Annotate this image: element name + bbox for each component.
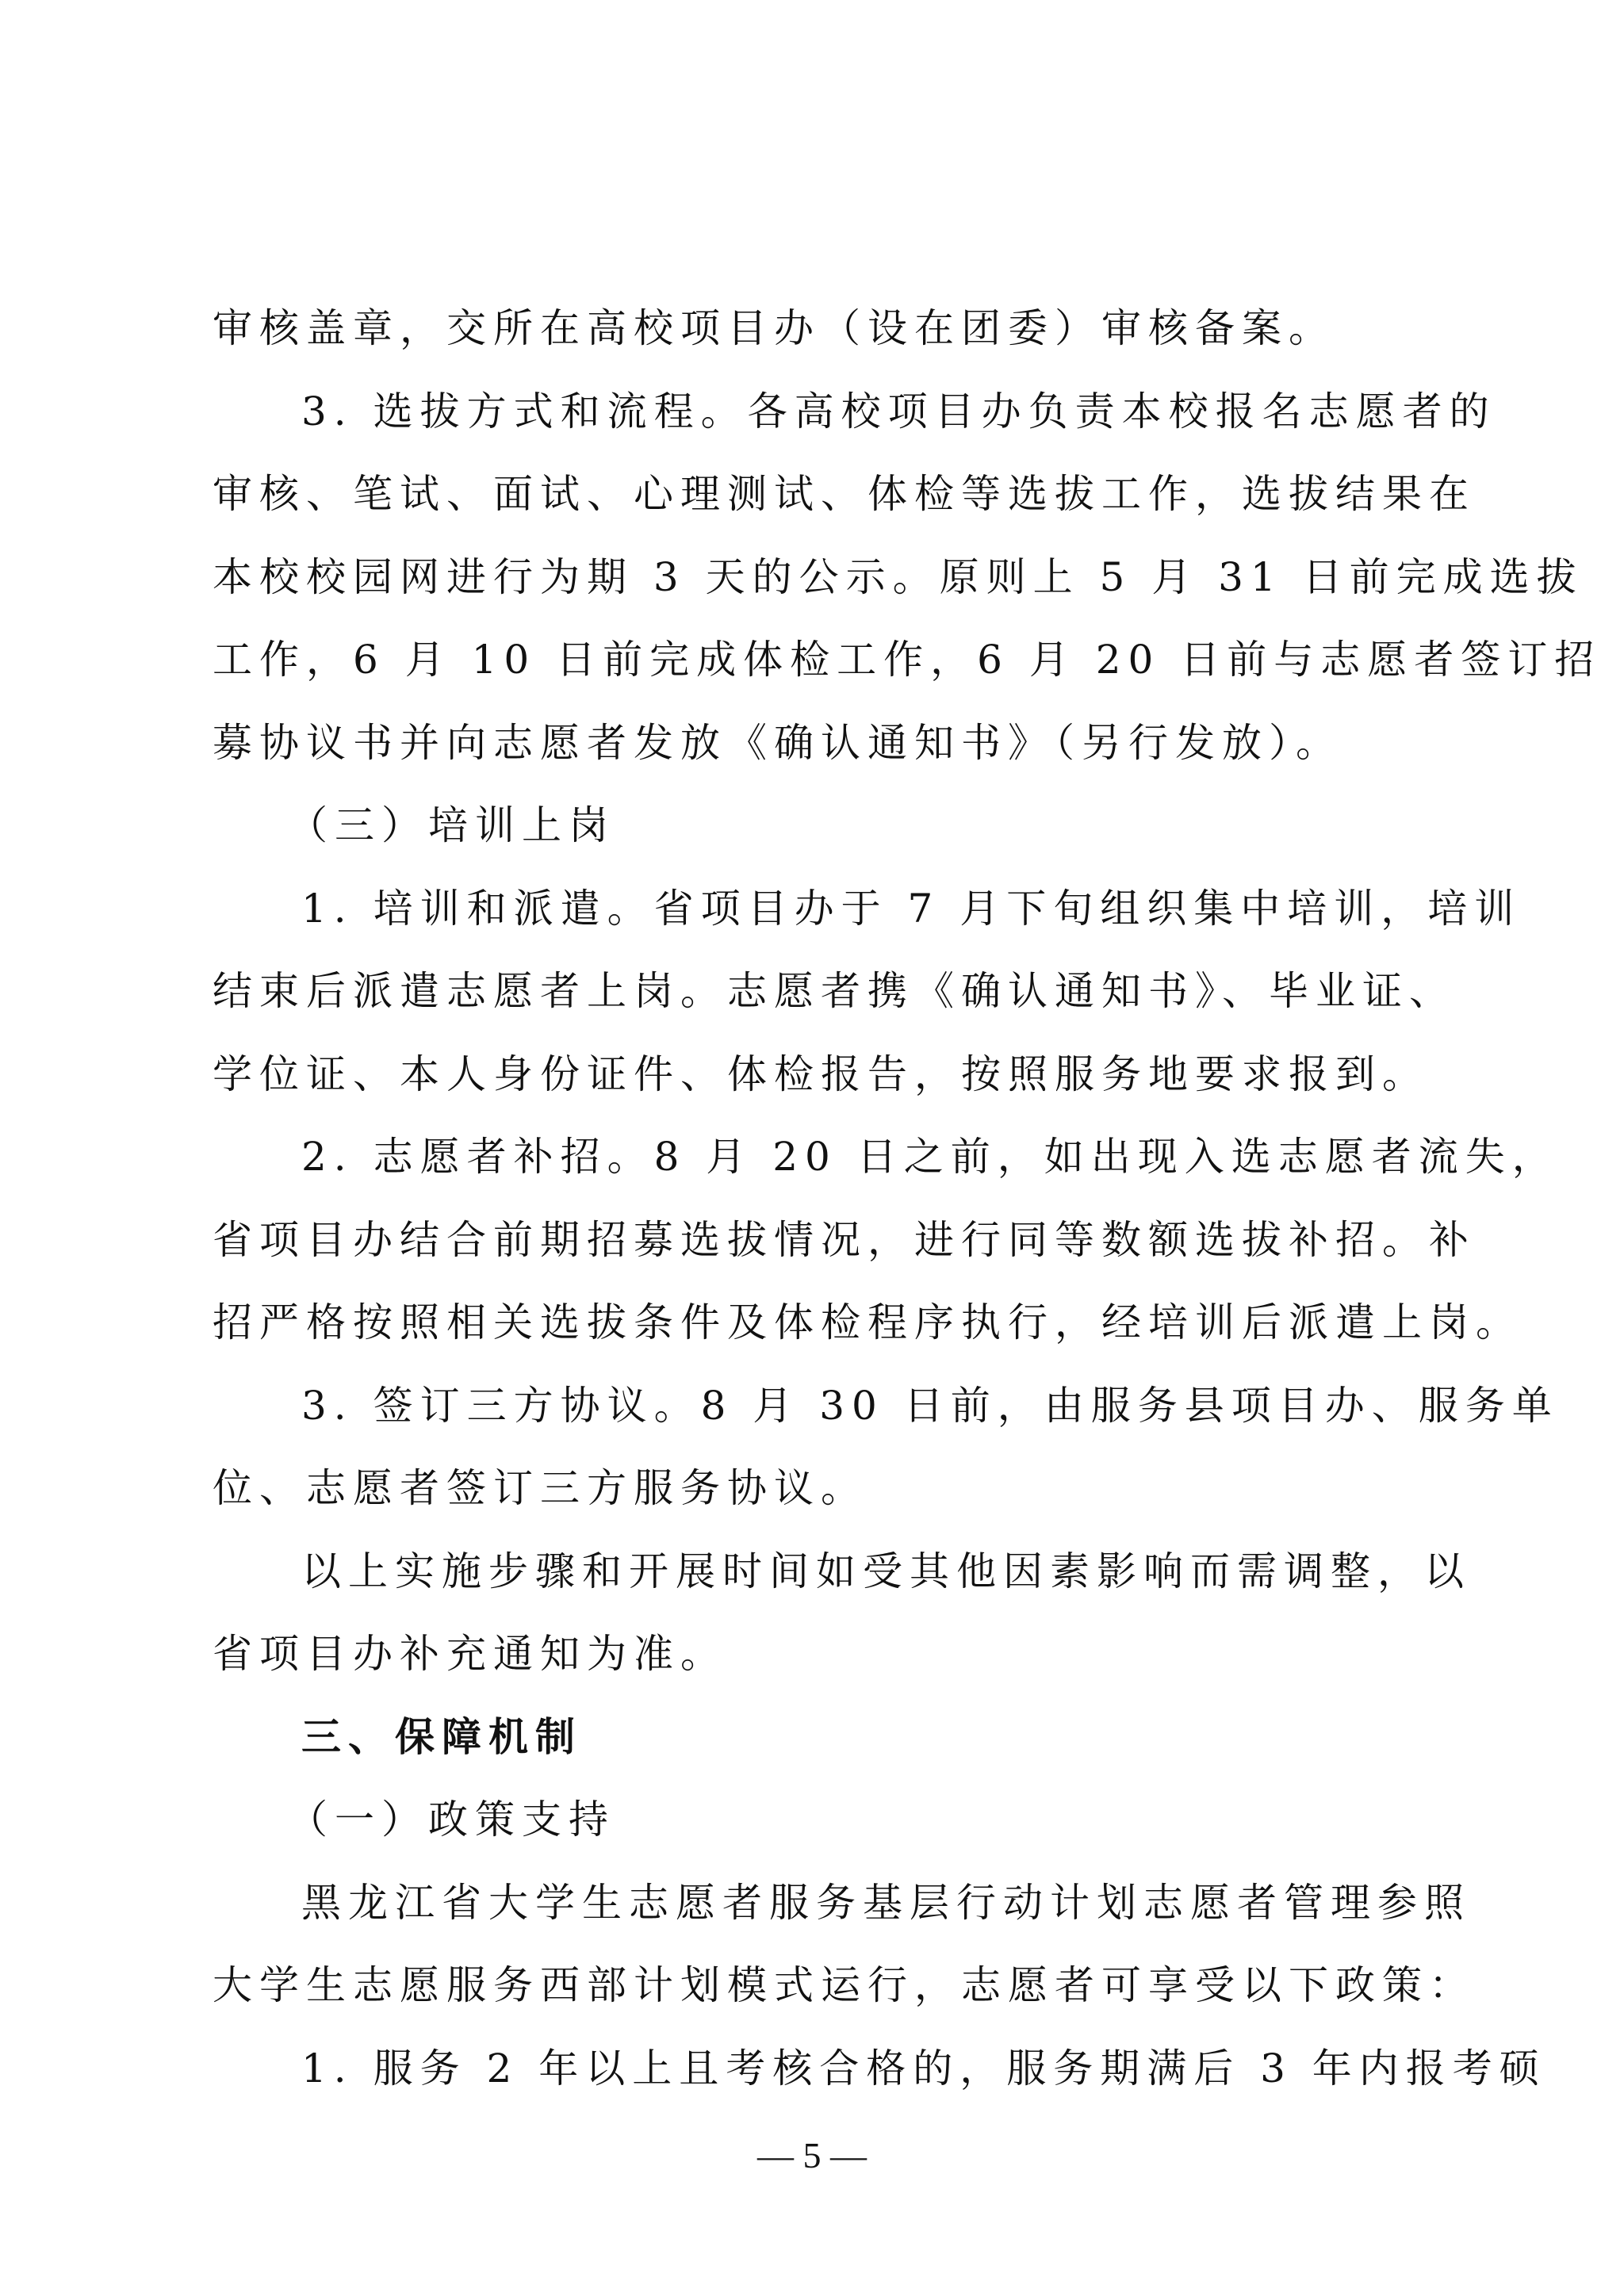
text-line: 1. 服务 2 年以上且考核合格的，服务期满后 3 年内报考硕 [213,2027,1418,2110]
subsection-heading: （一）政策支持 [213,1778,1418,1862]
text-line: 工作，6 月 10 日前完成体检工作，6 月 20 日前与志愿者签订招 [213,618,1418,702]
section-heading: 三、保障机制 [213,1696,1418,1779]
text-line: 位、志愿者签订三方服务协议。 [213,1447,1418,1530]
text-line: 黑龙江省大学生志愿者服务基层行动计划志愿者管理参照 [213,1862,1418,1945]
text-line: 2. 志愿者补招。8 月 20 日之前，如出现入选志愿者流失， [213,1115,1418,1199]
text-line: 3. 选拔方式和流程。各高校项目办负责本校报名志愿者的 [213,370,1418,453]
text-line: 大学生志愿服务西部计划模式运行，志愿者可享受以下政策： [213,1944,1418,2027]
text-line: 审核盖章，交所在高校项目办（设在团委）审核备案。 [213,287,1418,370]
text-line: 审核、笔试、面试、心理测试、体检等选拔工作，选拔结果在 [213,453,1418,536]
text-line: 本校校园网进行为期 3 天的公示。原则上 5 月 31 日前完成选拔 [213,536,1418,619]
text-line: 以上实施步骤和开展时间如受其他因素影响而需调整，以 [213,1530,1418,1613]
text-line: 结束后派遣志愿者上岗。志愿者携《确认通知书》、毕业证、 [213,950,1418,1033]
subsection-heading: （三）培训上岗 [213,784,1418,867]
text-line: 省项目办补充通知为准。 [213,1613,1418,1696]
text-line: 省项目办结合前期招募选拔情况，进行同等数额选拔补招。补 [213,1199,1418,1282]
text-line: 1. 培训和派遣。省项目办于 7 月下旬组织集中培训，培训 [213,867,1418,951]
document-body: 审核盖章，交所在高校项目办（设在团委）审核备案。 3. 选拔方式和流程。各高校项… [213,287,1418,2110]
text-line: 3. 签订三方协议。8 月 30 日前，由服务县项目办、服务单 [213,1364,1418,1448]
text-line: 招严格按照相关选拔条件及体检程序执行，经培训后派遣上岗。 [213,1281,1418,1364]
page-number: — 5 — [0,2134,1624,2176]
text-line: 募协议书并向志愿者发放《确认通知书》（另行发放）。 [213,702,1418,785]
document-page: 审核盖章，交所在高校项目办（设在团委）审核备案。 3. 选拔方式和流程。各高校项… [0,0,1624,2296]
text-line: 学位证、本人身份证件、体检报告，按照服务地要求报到。 [213,1033,1418,1116]
